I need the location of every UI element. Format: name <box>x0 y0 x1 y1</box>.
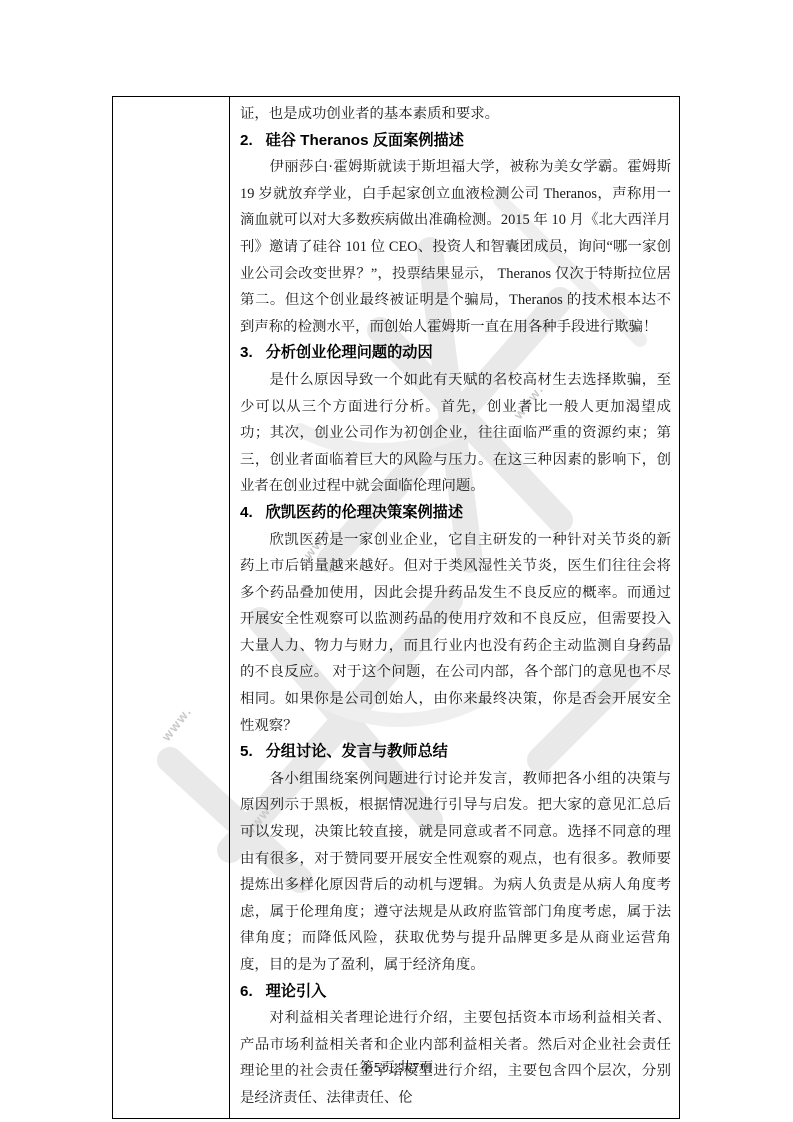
section-number: 2. <box>240 132 253 149</box>
section-heading: 2.硅谷 Theranos 反面案例描述 <box>240 128 671 155</box>
section-heading: 6.理论引入 <box>240 979 671 1006</box>
table-content-cell: 证，也是成功创业者的基本素质和要求。2.硅谷 Theranos 反面案例描述伊丽… <box>230 97 679 1118</box>
section-title: 分析创业伦理问题的动因 <box>266 344 433 361</box>
content-table: 证，也是成功创业者的基本素质和要求。2.硅谷 Theranos 反面案例描述伊丽… <box>112 96 680 1119</box>
section-title: 欣凯医药的伦理决策案例描述 <box>266 504 463 521</box>
page-number: 第5页,共7页 <box>0 1057 793 1077</box>
section-heading: 5.分组讨论、发言与教师总结 <box>240 739 671 766</box>
paragraph: 各小组围绕案例问题进行讨论并发言，教师把各小组的决策与原因列示于黑板，根据情况进… <box>240 766 671 979</box>
paragraph: 是什么原因导致一个如此有天赋的名校高材生去选择欺骗，至少可以从三个方面进行分析。… <box>240 367 671 500</box>
document-page: { "page": { "footer": "第5页,共7页" }, "wate… <box>0 0 793 1122</box>
section-number: 5. <box>240 743 253 760</box>
paragraph: 伊丽莎白·霍姆斯就读于斯坦福大学，被称为美女学霸。霍姆斯 19 岁就放弃学业，白… <box>240 154 671 340</box>
section-title: 分组讨论、发言与教师总结 <box>266 743 448 760</box>
section-heading: 4.欣凯医药的伦理决策案例描述 <box>240 500 671 527</box>
table-left-cell <box>113 97 230 1118</box>
continuation-line: 证，也是成功创业者的基本素质和要求。 <box>240 101 671 128</box>
section-number: 4. <box>240 504 253 521</box>
section-title: 理论引入 <box>266 983 327 1000</box>
section-title: 硅谷 Theranos 反面案例描述 <box>266 132 464 149</box>
section-heading: 3.分析创业伦理问题的动因 <box>240 340 671 367</box>
paragraph: 欣凯医药是一家创业企业，它自主研发的一种针对关节炎的新药上市后销量越来越好。但对… <box>240 527 671 740</box>
section-number: 6. <box>240 983 253 1000</box>
section-number: 3. <box>240 344 253 361</box>
